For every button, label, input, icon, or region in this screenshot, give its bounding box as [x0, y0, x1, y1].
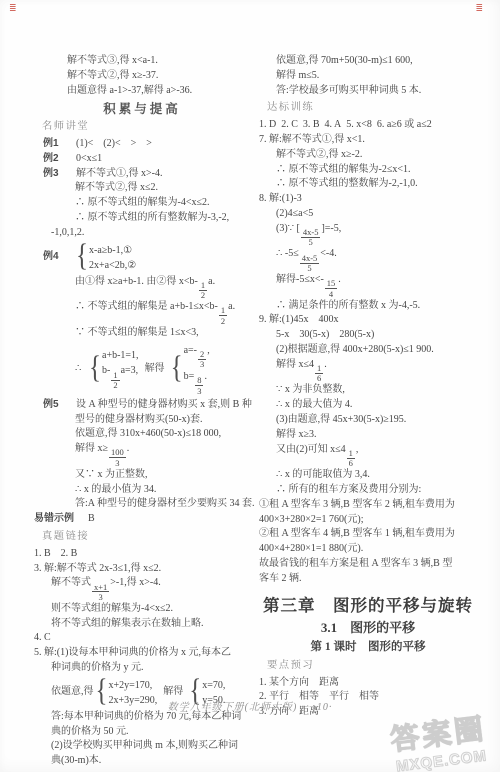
equation-system: 例4x-a≥b-1,①2x+a<2b,②	[34, 243, 250, 273]
section-header: 积累与提高	[34, 102, 250, 117]
text-run: a.	[208, 276, 215, 287]
equation-group: a=-23,b=83.	[184, 343, 210, 396]
text-run: ②租 A 型客车 4 辆,B 型客车 1 辆,租车费用为	[259, 528, 455, 539]
text-line: ∵ x 为非负整数,	[259, 383, 477, 398]
text-line: ∴ x 的最大值为 4.	[259, 398, 477, 413]
therefore-label: ∴	[75, 362, 89, 377]
text-run: ∵ 不等式组的解集是 1≤x<3,	[75, 327, 199, 338]
text-run: 由题意得 a-1>-37,解得 a>-36.	[67, 85, 192, 96]
text-run: ,	[207, 345, 210, 356]
equation-line: 2x+a<2b,②	[89, 258, 136, 273]
text-line: 种词典的价格为 y 元.	[34, 661, 250, 676]
text-line: 7. 解:解不等式①,得 x<1.	[259, 133, 477, 148]
text-run: 2x+a<2b,②	[89, 260, 136, 271]
text-line: 又由(2)可知 x≤416,	[259, 443, 477, 469]
text-line: 解不等式③,得 x<a-1.	[34, 54, 250, 69]
text-line: -1,0,1,2.	[34, 226, 250, 241]
fraction-numerator: 15	[325, 279, 338, 289]
fraction-denominator: 3	[200, 360, 204, 369]
equation-group: a+b-1=1,b-12a=3,	[102, 348, 139, 390]
text-run: ①租 A 型客车 3 辆,B 型客车 2 辆,租车费用为	[259, 499, 455, 510]
corner-mark-icon: ≣	[475, 4, 483, 13]
text-run: 依题意,得 70m+50(30-m)≤1 600,	[276, 55, 413, 66]
text-run: ∴ 原不等式组的整数解为-2,-1,0.	[276, 178, 418, 189]
fraction-denominator: 2	[113, 381, 117, 390]
text-run: -1,0,1,2.	[51, 227, 84, 238]
text-line: 答:A 种型号的健身器材至少要购买 34 套.	[34, 497, 250, 512]
text-run: 解不等式②,得 x≥-37.	[67, 70, 158, 81]
text-run: 种词典的价格为 y 元.	[51, 662, 144, 673]
text-line: ∴ x 的最小值为 34.	[34, 483, 250, 498]
fraction-numerator: 1	[219, 306, 227, 316]
sub-section-header: 真题链接	[34, 530, 250, 545]
text-run: x=70,	[202, 680, 225, 691]
equation-line: b=83.	[184, 369, 210, 396]
fraction-numerator: 100	[109, 448, 126, 458]
text-line: 典(30-m)本.	[34, 754, 250, 769]
text-run: ∴ 不等式组的解集是 a+b-1≤x<b-	[75, 301, 218, 312]
text-line: 例1(1)< (2)< > >	[34, 137, 250, 152]
text-line: 1. 某个方向 距离	[259, 676, 477, 691]
text-line: ∵ 不等式组的解集是 1≤x<3,	[34, 326, 250, 341]
text-line: (2)设学校购买甲种词典 m 本,则购买乙种词	[34, 739, 250, 754]
equation-line: x+2y=170,	[109, 678, 158, 693]
text-run: 解不等式②,得 x≥-2.	[276, 149, 362, 160]
text-run: 8. 解:(1)-3	[259, 193, 302, 204]
fraction-denominator: 5	[307, 264, 311, 273]
text-run: 0<x≤1	[76, 153, 102, 164]
text-line: 例20<x≤1	[34, 152, 250, 167]
text-run: 答:学校最多可购买甲种词典 5 本.	[276, 85, 421, 96]
text-run: ∴ x 的可能取值为 3,4.	[276, 469, 370, 480]
sub-section-header: 要点预习	[259, 659, 477, 674]
brace-icon	[76, 248, 88, 266]
text-line: ∴ -5≤4x-55<-4.	[259, 247, 477, 273]
text-line: (2)根据题意,得 400x+280(5-x)≤1 900.	[259, 343, 477, 358]
text-line: ∴ 满足条件的所有整数 x 为-4,-5.	[259, 299, 477, 314]
text-line: ①租 A 型客车 3 辆,B 型客车 2 辆,租车费用为	[259, 498, 477, 513]
equation-line: x=70,	[202, 678, 225, 693]
fraction-denominator: 2	[221, 316, 225, 325]
text-run: b-	[102, 365, 110, 376]
text-run: (1)< (2)< > >	[76, 138, 152, 149]
text-run: .	[204, 371, 207, 382]
fraction: 154	[325, 279, 338, 298]
fraction-numerator: 1	[315, 364, 323, 374]
fraction-numerator: 4x-5	[301, 228, 321, 238]
fraction-denominator: 3	[115, 458, 119, 467]
text-line: 解得 x≤416.	[259, 358, 477, 384]
fraction: 1003	[109, 448, 126, 467]
text-line: 解得 m≤5.	[259, 69, 477, 84]
equation-group: x-a≥b-1,①2x+a<2b,②	[89, 243, 136, 273]
text-run: 解不等式	[51, 577, 91, 588]
text-run: 5. 解:(1)设每本甲种词典的价格为 x 元,每本乙	[34, 647, 231, 658]
text-run: 典(30-m)本.	[51, 755, 101, 766]
text-run: 3. 解:解不等式 2x-3≤1,得 x≤2.	[34, 563, 161, 574]
text-run: 解不等式②,得 x≤2.	[75, 182, 158, 193]
equation-line: a+b-1=1,	[102, 348, 139, 363]
example-label: 例2	[43, 152, 76, 167]
text-run: 解得 x≤4	[276, 359, 314, 370]
text-run: 4. C	[34, 632, 51, 643]
fraction-denominator: 3	[99, 592, 103, 601]
text-line: 5. 解:(1)设每本甲种词典的价格为 x 元,每本乙	[34, 646, 250, 661]
text-line: 依题意,得 310x+460(50-x)≤18 000,	[34, 427, 250, 442]
text-run: ∴ 原不等式组的解集为-4<x≤2.	[75, 197, 209, 208]
text-line: ∴ 原不等式组的整数解为-2,-1,0.	[259, 177, 477, 192]
text-line: 400×3+280×2=1 760(元);	[259, 513, 477, 528]
text-run: ]=-5,	[321, 223, 341, 234]
text-line: 8. 解:(1)-3	[259, 192, 477, 207]
text-line: 3. 解:解不等式 2x-3≤1,得 x≤2.	[34, 562, 250, 577]
text-line: (3)∵ [4x-55]=-5,	[259, 222, 477, 248]
text-run: 又由(2)可知 x≤4	[276, 444, 346, 455]
text-run: 7. 解:解不等式①,得 x<1.	[259, 134, 365, 145]
fraction-numerator: 8	[195, 376, 203, 386]
text-run: 解不等式③,得 x<a-1.	[67, 55, 158, 66]
page-number: ·10·	[313, 702, 332, 713]
book-title: 数学八年级下册(北师大版)	[168, 702, 298, 713]
text-line: 依题意,得 70m+50(30-m)≤1 600,	[259, 54, 477, 69]
page-footer: 数学八年级下册(北师大版)·10·	[0, 698, 500, 713]
text-run: 客车 2 辆.	[259, 573, 302, 584]
text-run: 故最省钱的租车方案是租 A 型客车 3 辆,B 型	[259, 558, 452, 569]
text-run: x-a≥b-1,①	[89, 245, 132, 256]
corner-mark-icon: ≣	[9, 4, 17, 13]
example-label: 例3	[43, 167, 76, 182]
text-line: 解不等式②,得 x≥-2.	[259, 148, 477, 163]
fraction-denominator: 2	[201, 291, 205, 300]
chapter-title: 第三章 图形的平移与旋转	[259, 599, 477, 614]
text-line: 400×4+280×1=1 880(元).	[259, 542, 477, 557]
text-run: 依题意,得 310x+460(50-x)≤18 000,	[75, 428, 221, 439]
text-run: 解不等式①,得 x>-4.	[76, 168, 162, 179]
text-run: 设 A 种型号的健身器材购买 x 套,则 B 种	[76, 399, 252, 410]
text-run: 则不等式组的解集为-4<x≤2.	[51, 603, 173, 614]
text-run: .	[338, 274, 341, 285]
text-line: 1. D 2. C 3. B 4. A 5. x<8 6. a≥6 或 a≤2	[259, 118, 477, 133]
text-run: ∴ x 的最大值为 4.	[276, 399, 352, 410]
text-line: 9. 解:(1)45x 400x	[259, 313, 477, 328]
text-line: 故最省钱的租车方案是租 A 型客车 3 辆,B 型	[259, 557, 477, 572]
text-line: 解不等式x+13>-1,得 x>-4.	[34, 576, 250, 602]
fraction-denominator: 5	[309, 238, 313, 247]
text-line: (3)由题意,得 45x+30(5-x)≥195.	[259, 413, 477, 428]
text-run: (2)设学校购买甲种词典 m 本,则购买乙种词	[51, 740, 238, 751]
text-run: 1. B 2. B	[34, 548, 77, 559]
text-line: 解得 x≥3.	[259, 428, 477, 443]
equation-line: x-a≥b-1,①	[89, 243, 136, 258]
text-line: 则不等式组的解集为-4<x≤2.	[34, 602, 250, 617]
text-run: ∵ x 为非负整数,	[276, 384, 345, 395]
text-run: B	[88, 513, 95, 524]
text-run: (3)∵ [	[276, 223, 300, 234]
brace-icon	[89, 360, 101, 378]
text-run: ∴ 原不等式组的解集为-2≤x<1.	[276, 164, 410, 175]
fraction: 16	[347, 449, 355, 468]
right-column: 依题意,得 70m+50(30-m)≤1 600,解得 m≤5.答:学校最多可购…	[259, 54, 477, 720]
sub-section-header: 名师讲堂	[34, 120, 250, 135]
fraction: 4x-55	[300, 254, 320, 273]
fraction: 23	[198, 350, 206, 369]
text-run: <-4.	[320, 248, 336, 259]
fraction-numerator: 1	[347, 449, 355, 459]
text-run: a=3,	[121, 365, 139, 376]
fraction: 4x-55	[301, 228, 321, 247]
fraction-denominator: 6	[349, 459, 353, 468]
text-run: 1. D 2. C 3. B 4. A 5. x<8 6. a≥6 或 a≤2	[259, 119, 432, 130]
text-line: 4. C	[34, 631, 250, 646]
text-line: 解得-5≤x<-154.	[259, 273, 477, 299]
equation-system: ∴a+b-1=1,b-12a=3,解得a=-23,b=83.	[34, 343, 250, 396]
text-run: 400×4+280×1=1 880(元).	[259, 543, 363, 554]
text-run: .	[127, 443, 130, 454]
text-run: 将不等式组的解集表示在数轴上略.	[51, 618, 204, 629]
watermark-site-text: MXQE.COM	[380, 745, 500, 772]
text-line: 解不等式②,得 x≥-37.	[34, 69, 250, 84]
workbook-answer-page: ≣ ≣ 解不等式③,得 x<a-1.解不等式②,得 x≥-37.由题意得 a-1…	[0, 0, 500, 772]
text-line: 例3解不等式①,得 x>-4.	[34, 167, 250, 182]
text-run: 又∵ x 为正整数,	[75, 469, 148, 480]
text-line: (2)4≤a<5	[259, 207, 477, 222]
text-line: ∴ 不等式组的解集是 a+b-1≤x<b-12a.	[34, 300, 250, 326]
text-line: 客车 2 辆.	[259, 572, 477, 587]
text-line: 解不等式②,得 x≤2.	[34, 181, 250, 196]
fraction: 12	[199, 281, 207, 300]
text-run: (3)由题意,得 45x+30(5-x)≥195.	[276, 414, 406, 425]
text-run: 型号的健身器材购买(50-x)套.	[75, 414, 203, 425]
fraction: 83	[195, 376, 203, 395]
lesson-title: 第 1 课时 图形的平移	[259, 640, 477, 655]
fraction-numerator: 4x-5	[300, 254, 320, 264]
fraction-denominator: 3	[197, 386, 201, 395]
text-line: 由①得 x≥a+b-1. 由②得 x<b-12a.	[34, 275, 250, 301]
example-label: 例1	[43, 137, 76, 152]
text-run: 由①得 x≥a+b-1. 由②得 x<b-	[75, 276, 198, 287]
text-line: 答:学校最多可购买甲种词典 5 本.	[259, 84, 477, 99]
text-run: .	[324, 359, 327, 370]
text-line: 由题意得 a-1>-37,解得 a>-36.	[34, 84, 250, 99]
text-run: ,	[356, 444, 359, 455]
text-run: 400×3+280×2=1 760(元);	[259, 514, 364, 525]
text-run: a=-	[184, 345, 197, 356]
text-run: ∴ 所有的租车方案及费用分别为:	[276, 484, 421, 495]
inline-heading: 易错示例	[34, 513, 74, 524]
fraction: x+13	[92, 583, 109, 602]
equation-line: b-12a=3,	[102, 363, 139, 390]
text-run: 典的价格为 50 元.	[51, 726, 129, 737]
system-mid-text: 解得	[145, 362, 165, 377]
text-run: 1. 某个方向 距离	[259, 677, 339, 688]
text-run: 解得-5≤x<-	[276, 274, 324, 285]
text-run: ∴ -5≤	[276, 248, 299, 259]
text-run: b=	[184, 371, 195, 382]
text-run: (2)根据题意,得 400x+280(5-x)≤1 900.	[276, 344, 434, 355]
text-line: 型号的健身器材购买(50-x)套.	[34, 413, 250, 428]
text-run: a+b-1=1,	[102, 350, 139, 361]
fraction: 16	[315, 364, 323, 383]
text-run: (2)4≤a<5	[276, 208, 313, 219]
text-line: 例5设 A 种型号的健身器材购买 x 套,则 B 种	[34, 398, 250, 413]
text-run: a.	[228, 301, 235, 312]
left-column: 解不等式③,得 x<a-1.解不等式②,得 x≥-37.由题意得 a-1>-37…	[34, 54, 250, 769]
fraction-denominator: 6	[317, 374, 321, 383]
brace-icon	[171, 360, 183, 378]
text-run: ∴ 满足条件的所有整数 x 为-4,-5.	[276, 300, 420, 311]
text-run: 解得 x≥	[75, 443, 108, 454]
fraction-numerator: 1	[111, 371, 119, 381]
fraction-numerator: x+1	[92, 583, 109, 593]
text-run: 解得 x≥3.	[276, 429, 317, 440]
text-line: 解得 x≥1003.	[34, 442, 250, 468]
text-line: 又∵ x 为正整数,	[34, 468, 250, 483]
text-line: 典的价格为 50 元.	[34, 725, 250, 740]
text-run: >-1,得 x>-4.	[110, 577, 160, 588]
text-line: ∴ 原不等式组的解集为-2≤x<1.	[259, 163, 477, 178]
text-run: x+2y=170,	[109, 680, 153, 691]
equation-line: a=-23,	[184, 343, 210, 370]
sub-section-header: 达标训练	[259, 101, 477, 116]
text-line: 将不等式组的解集表示在数轴上略.	[34, 617, 250, 632]
text-line: 5-x 30(5-x) 280(5-x)	[259, 328, 477, 343]
text-run: 答:A 种型号的健身器材至少要购买 34 套.	[75, 498, 254, 509]
fraction: 12	[219, 306, 227, 325]
fraction: 12	[111, 371, 119, 390]
example-label: 例5	[43, 398, 76, 413]
text-run: ∴ 原不等式组的所有整数解为-3,-2,	[75, 212, 229, 223]
text-line: ∴ 原不等式组的解集为-4<x≤2.	[34, 196, 250, 211]
text-run: 5-x 30(5-x) 280(5-x)	[276, 329, 374, 340]
text-line: 1. B 2. B	[34, 547, 250, 562]
fraction-denominator: 4	[329, 289, 333, 298]
text-line: ∴ 原不等式组的所有整数解为-3,-2,	[34, 211, 250, 226]
text-line: ∴ 所有的租车方案及费用分别为:	[259, 483, 477, 498]
example-label: 例4	[43, 250, 76, 265]
fraction-numerator: 1	[199, 281, 207, 291]
text-line: ②租 A 型客车 4 辆,B 型客车 1 辆,租车费用为	[259, 527, 477, 542]
text-run: 9. 解:(1)45x 400x	[259, 314, 338, 325]
section-title: 3.1 图形的平移	[259, 621, 477, 636]
text-line: 易错示例B	[34, 512, 250, 527]
text-run: ∴ x 的最小值为 34.	[75, 484, 156, 495]
text-run: 解得 m≤5.	[276, 70, 319, 81]
fraction-numerator: 2	[198, 350, 206, 360]
text-line: ∴ x 的可能取值为 3,4.	[259, 468, 477, 483]
